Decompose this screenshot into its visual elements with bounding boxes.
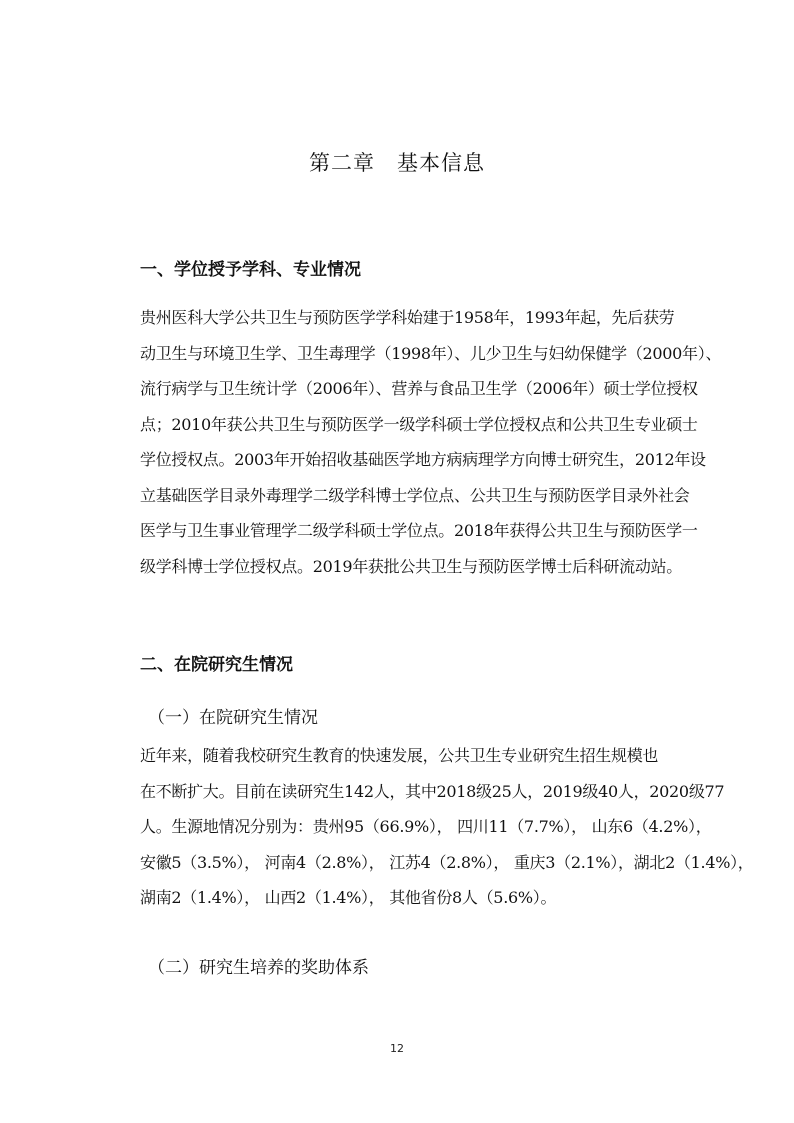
paragraph-current-students: 近年来，随着我校研究生教育的快速发展，公共卫生专业研究生招生规模也 在不断扩大。…: [140, 738, 672, 916]
text-line: 级学科博士学位授权点。2019年获批公共卫生与预防医学博士后科研流动站。: [140, 549, 672, 585]
text-line: 动卫生与环境卫生学、卫生毒理学（1998年）、儿少卫生与妇幼保健学（2000年）…: [140, 336, 672, 372]
chapter-number: 第二章: [309, 151, 375, 175]
chapter-name: 基本信息: [397, 151, 485, 175]
paragraph-degree-history: 贵州医科大学公共卫生与预防医学学科始建于1958年，1993年起，先后获劳 动卫…: [140, 300, 672, 584]
text-line: 医学与卫生事业管理学二级学科硕士学位点。2018年获得公共卫生与预防医学一: [140, 513, 672, 549]
text-line: 湖南2（1.4%）， 山西2（1.4%）， 其他省份8人（5.6%）。: [140, 880, 672, 916]
text-line: 学位授权点。2003年开始招收基础医学地方病病理学方向博士研究生，2012年设: [140, 442, 672, 478]
text-line: 人。生源地情况分别为：贵州95（66.9%）， 四川11（7.7%）， 山东6（…: [140, 809, 672, 845]
text-line: 安徽5（3.5%）， 河南4（2.8%）， 江苏4（2.8%）， 重庆3（2.1…: [140, 845, 672, 881]
page-number: 12: [0, 1042, 794, 1055]
text-line: 贵州医科大学公共卫生与预防医学学科始建于1958年，1993年起，先后获劳: [140, 300, 672, 336]
text-line: 立基础医学目录外毒理学二级学科博士学位点、公共卫生与预防医学目录外社会: [140, 478, 672, 514]
text-line: 流行病学与卫生统计学（2006年）、营养与食品卫生学（2006年）硕士学位授权: [140, 371, 672, 407]
text-line: 近年来，随着我校研究生教育的快速发展，公共卫生专业研究生招生规模也: [140, 738, 672, 774]
subsection-heading-current-students: （一）在院研究生情况: [148, 703, 318, 728]
text-line: 在不断扩大。目前在读研究生142人，其中2018级25人，2019级40人，20…: [140, 774, 672, 810]
text-line: 点；2010年获公共卫生与预防医学一级学科硕士学位授权点和公共卫生专业硕士: [140, 407, 672, 443]
subsection-heading-funding-system: （二）研究生培养的奖助体系: [148, 953, 369, 978]
section-heading-degree-disciplines: 一、学位授予学科、专业情况: [140, 255, 361, 280]
section-heading-graduate-students: 二、在院研究生情况: [140, 650, 293, 675]
chapter-title: 第二章基本信息: [0, 147, 794, 177]
